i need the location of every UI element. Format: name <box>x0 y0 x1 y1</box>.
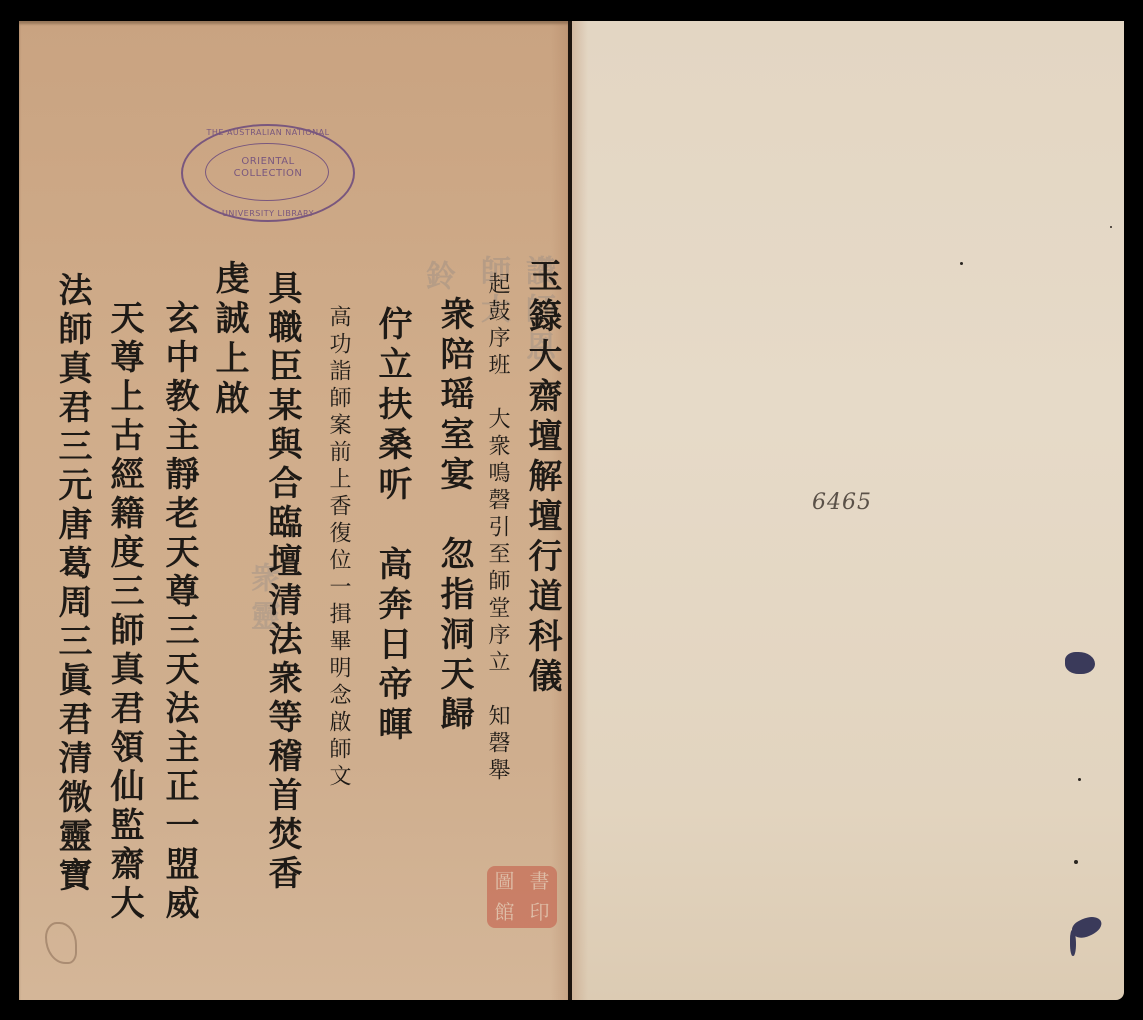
seal-char: 印 <box>522 897 557 928</box>
speck <box>960 262 963 265</box>
library-stamp: THE AUSTRALIAN NATIONAL ORIENTAL COLLECT… <box>181 124 355 222</box>
ink-blemish <box>1065 652 1095 674</box>
text-column-10: 法師真君三元唐葛周三眞君清微靈寶 <box>48 272 97 896</box>
text-column-3: 衆陪瑶室宴 忽指洞天歸 <box>430 296 479 736</box>
text-column-5: 高功詣師案前上香復位一揖畢明念啟師文 <box>323 305 354 791</box>
speck <box>1078 778 1081 781</box>
catalog-number: 6465 <box>812 490 872 515</box>
red-seal: 圖 書 館 印 <box>487 866 557 928</box>
stamp-bottom-arc: UNIVERSITY LIBRARY <box>191 209 345 218</box>
stamp-line-2: COLLECTION <box>183 168 353 180</box>
speck <box>1110 226 1112 228</box>
speck <box>1074 860 1078 864</box>
bleed-through-text: 鈴 <box>415 260 459 298</box>
ink-blemish <box>1070 930 1076 956</box>
text-column-4: 佇立扶桑听 高奔日帝暉 <box>368 306 417 746</box>
text-column-2: 起鼓序班 大衆鳴磬引至師堂序立 知磬舉 <box>482 272 513 785</box>
text-column-6: 具職臣某與合臨壇清法衆等稽首焚香 <box>258 270 307 894</box>
text-column-8: 玄中教主靜老天尊三天法主正一盟威 <box>155 300 204 924</box>
text-column-title: 玉籙大齋壇解壇行道科儀 <box>518 258 567 698</box>
seal-char: 圖 <box>487 866 522 897</box>
stamp-top-arc: THE AUSTRALIAN NATIONAL <box>191 128 345 137</box>
stamp-center: ORIENTAL COLLECTION <box>183 156 353 180</box>
seal-char: 館 <box>487 897 522 928</box>
text-column-9: 天尊上古經籍度三師真君領仙監齋大 <box>100 300 149 924</box>
stamp-line-1: ORIENTAL <box>183 156 353 168</box>
seal-char: 書 <box>522 866 557 897</box>
text-column-7: 虔誠上啟 <box>205 260 254 420</box>
